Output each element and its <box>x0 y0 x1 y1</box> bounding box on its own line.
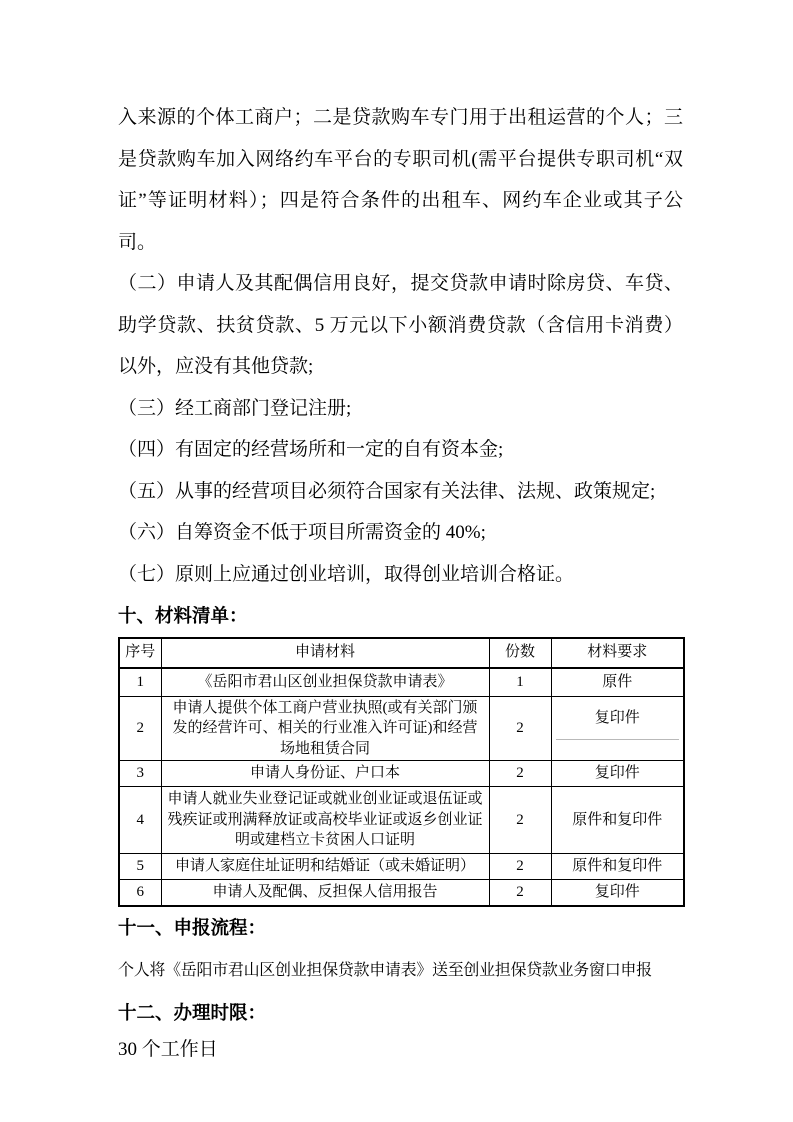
header-cell-no: 序号 <box>119 638 161 668</box>
cell-requirement: 复印件 <box>551 761 684 787</box>
materials-section-heading: 十、材料清单： <box>118 595 683 637</box>
intro-paragraph: 入来源的个体工商户；二是贷款购车专门用于出租运营的个人；三是贷款购车加入网络约车… <box>118 97 683 263</box>
table-row: 5 申请人家庭住址证明和结婚证（或未婚证明） 2 原件和复印件 <box>119 854 684 880</box>
cell-copies: 2 <box>489 696 551 761</box>
header-cell-material: 申请材料 <box>161 638 489 668</box>
document-content: 入来源的个体工商户；二是贷款购车专门用于出租运营的个人；三是贷款购车加入网络约车… <box>118 97 683 1062</box>
document-page: 入来源的个体工商户；二是贷款购车专门用于出租运营的个人；三是贷款购车加入网络约车… <box>0 0 793 1122</box>
table-header-row: 序号 申请材料 份数 材料要求 <box>119 638 684 668</box>
cell-requirement-empty <box>556 739 680 759</box>
cell-copies: 2 <box>489 787 551 854</box>
cell-no: 1 <box>119 668 161 697</box>
cell-material: 申请人家庭住址证明和结婚证（或未婚证明） <box>161 854 489 880</box>
process-paragraph: 个人将《岳阳市君山区创业担保贷款申请表》送至创业担保贷款业务窗口申报 <box>118 958 683 984</box>
condition-paragraph-4: （四）有固定的经营场所和一定的自有资本金; <box>118 429 683 471</box>
condition-paragraph-7: （七）原则上应通过创业培训，取得创业培训合格证。 <box>118 554 683 596</box>
cell-material: 申请人及配偶、反担保人信用报告 <box>161 880 489 907</box>
deadline-paragraph: 30 个工作日 <box>118 1038 683 1062</box>
cell-requirement: 原件 <box>551 668 684 697</box>
cell-material: 申请人就业失业登记证或就业创业证或退伍证或残疾证或刑满释放证或高校毕业证或返乡创… <box>161 787 489 854</box>
table-row: 6 申请人及配偶、反担保人信用报告 2 复印件 <box>119 880 684 907</box>
condition-paragraph-3: （三）经工商部门登记注册; <box>118 388 683 430</box>
cell-material: 申请人提供个体工商户营业执照(或有关部门颁发的经营许可、相关的行业准入许可证)和… <box>161 696 489 761</box>
cell-requirement-split: 复印件 <box>551 696 684 761</box>
cell-material: 《岳阳市君山区创业担保贷款申请表》 <box>161 668 489 697</box>
cell-no: 3 <box>119 761 161 787</box>
cell-no: 4 <box>119 787 161 854</box>
condition-paragraph-5: （五）从事的经营项目必须符合国家有关法律、法规、政策规定; <box>118 471 683 513</box>
cell-requirement: 原件和复印件 <box>551 854 684 880</box>
cell-no: 2 <box>119 696 161 761</box>
table-row: 3 申请人身份证、户口本 2 复印件 <box>119 761 684 787</box>
cell-copies: 2 <box>489 854 551 880</box>
table-row: 1 《岳阳市君山区创业担保贷款申请表》 1 原件 <box>119 668 684 697</box>
condition-paragraph-2: （二）申请人及其配偶信用良好，提交贷款申请时除房贷、车贷、助学贷款、扶贫贷款、5… <box>118 263 683 388</box>
materials-table: 序号 申请材料 份数 材料要求 1 《岳阳市君山区创业担保贷款申请表》 1 原件… <box>118 637 685 908</box>
deadline-section-heading: 十二、办理时限： <box>118 1001 683 1025</box>
table-row: 2 申请人提供个体工商户营业执照(或有关部门颁发的经营许可、相关的行业准入许可证… <box>119 696 684 761</box>
cell-no: 6 <box>119 880 161 907</box>
process-section-heading: 十一、申报流程： <box>118 916 683 940</box>
header-cell-requirement: 材料要求 <box>551 638 684 668</box>
cell-copies: 2 <box>489 761 551 787</box>
cell-requirement: 复印件 <box>551 880 684 907</box>
condition-paragraph-6: （六）自筹资金不低于项目所需资金的 40%; <box>118 512 683 554</box>
cell-requirement: 原件和复印件 <box>551 787 684 854</box>
cell-material: 申请人身份证、户口本 <box>161 761 489 787</box>
header-cell-copies: 份数 <box>489 638 551 668</box>
cell-copies: 1 <box>489 668 551 697</box>
cell-requirement: 复印件 <box>556 698 680 739</box>
table-row: 4 申请人就业失业登记证或就业创业证或退伍证或残疾证或刑满释放证或高校毕业证或返… <box>119 787 684 854</box>
cell-copies: 2 <box>489 880 551 907</box>
cell-no: 5 <box>119 854 161 880</box>
